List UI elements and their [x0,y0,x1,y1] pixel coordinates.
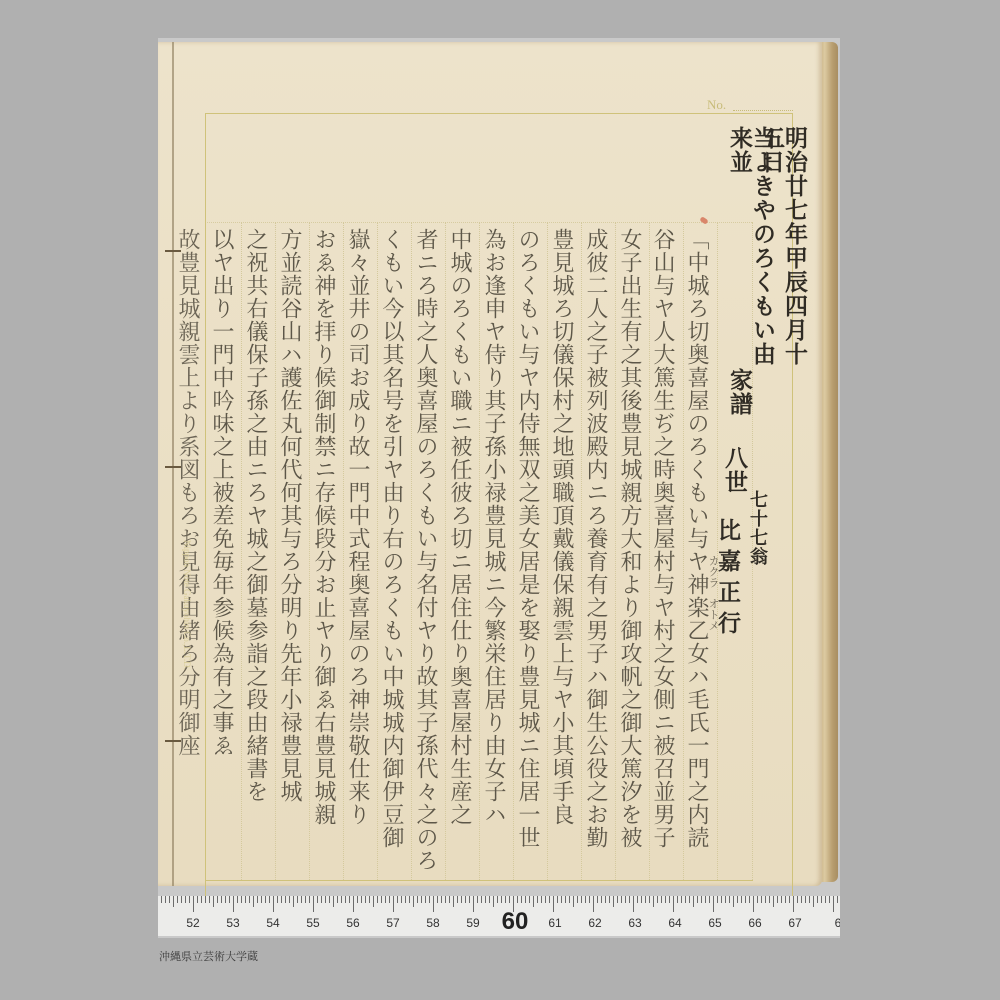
ruler-tick [733,896,734,907]
ruler-tick [633,896,634,912]
column-rule [411,222,412,880]
ruler-tick [825,896,826,903]
ruler-tick [237,896,238,903]
ruler-label-major: 60 [502,908,529,936]
collection-credit: 沖縄県立芸術大学蔵 [159,948,258,964]
column-rule [581,222,582,880]
ruler-tick [665,896,666,903]
ruler-tick [245,896,246,903]
ruler-tick [261,896,262,903]
ruler-tick [525,896,526,903]
ruler-tick [441,896,442,903]
ruler-label: 66 [748,916,761,930]
ruler-tick [809,896,810,903]
ruler-tick [685,896,686,903]
ruler-label: 64 [668,916,681,930]
ruler-tick [241,896,242,903]
ruler-tick [797,896,798,903]
ruler-tick [265,896,266,903]
ruler-tick [329,896,330,903]
ruler-tick [765,896,766,903]
ruler-tick [689,896,690,903]
ruler-tick [357,896,358,903]
ruler-tick [165,896,166,903]
ruler-tick [561,896,562,903]
text-column: のろくもい与ヤ内侍無双之美女居是を娶り豊見城ニ住居一世 [516,228,538,878]
ruler-tick [569,896,570,903]
ruler-tick [405,896,406,903]
ruler-tick [305,896,306,903]
ruler-tick [293,896,294,907]
ruler-tick [721,896,722,903]
ruler-tick [385,896,386,903]
ruler-tick [429,896,430,903]
ruler-tick [317,896,318,903]
ruler-tick [477,896,478,903]
ruler-tick [461,896,462,903]
ruler-tick [833,896,834,912]
text-column: くもい今以其名号を引ヤ由り右のろくもい中城城内御伊豆御 [380,228,402,878]
ruler-tick [505,896,506,903]
ruler-tick [773,896,774,907]
ruler-tick [225,896,226,903]
ruler-tick [793,896,794,912]
measuring-ruler: 52 53 54 55 56 57 58 59 60 61 62 63 64 6… [158,896,840,936]
ruler-tick [453,896,454,907]
ruler-tick [177,896,178,903]
ruler-tick [161,896,162,903]
ruler-tick [705,896,706,903]
ruler-tick [285,896,286,903]
ruler-tick [837,896,838,903]
ruler-tick [497,896,498,903]
ruler-tick [585,896,586,903]
ruler-tick [345,896,346,903]
ruler-tick [393,896,394,912]
ruler-tick [269,896,270,903]
text-column: 豊見城ろ切儀保村之地頭職頂戴儀保親雲上与ヤ小其頃手良 [550,228,572,878]
ruler-tick [373,896,374,907]
text-column: 之祝共右儀保子孫之由ニろヤ城之御墓参詣之段由緒書を [244,228,266,878]
ruler-tick [473,896,474,912]
text-column: 為お逢申ヤ侍り其子孫小禄豊見城ニ今繁栄住居り由女子ハ [482,228,504,878]
ruler-label: 63 [628,916,641,930]
ruler-tick [169,896,170,903]
column-rule [547,222,548,880]
ruler-tick [521,896,522,903]
ruler-tick [781,896,782,903]
ruler-tick [545,896,546,903]
ruler-tick [617,896,618,903]
title-line: 当よきやのろくもい由来並 [727,126,773,366]
ruler-tick [729,896,730,903]
ruler-tick [753,896,754,912]
page-number-label: No. [707,97,726,113]
ruler-tick [597,896,598,903]
ruler-tick [629,896,630,903]
ruler-tick [493,896,494,907]
ruler-tick [757,896,758,903]
ruler-tick [601,896,602,903]
ruler-tick [341,896,342,903]
ruler-label: 59 [466,916,479,930]
ruler-label: 57 [386,916,399,930]
ruler-label: 65 [708,916,721,930]
ruler-tick [609,896,610,903]
ruler-tick [577,896,578,903]
ruler-tick [437,896,438,903]
ruler-tick [553,896,554,912]
column-rule [479,222,480,880]
ruler-label: 67 [788,916,801,930]
ruler-tick [537,896,538,903]
ruler-tick [233,896,234,912]
ruler-tick [189,896,190,903]
ruler-label: 62 [588,916,601,930]
ruler-tick [645,896,646,903]
ruler-tick [209,896,210,903]
ruler-tick [417,896,418,903]
ruler-tick [213,896,214,907]
ruler-tick [377,896,378,903]
text-column: 方並読谷山ハ護佐丸何代何其与ろ分明り先年小禄豊見城 [278,228,300,878]
ruler-tick [509,896,510,903]
ruler-tick [725,896,726,903]
ruler-label: 54 [266,916,279,930]
ruler-tick [273,896,274,912]
ruler-tick [697,896,698,903]
ruler-tick [821,896,822,903]
ruler-tick [613,896,614,907]
ruler-tick [661,896,662,903]
ruler-tick [229,896,230,903]
ruler-tick [221,896,222,903]
ruler-tick [533,896,534,907]
text-column: 者ニろ時之人奥喜屋のろくもい与名付ヤり故其子孫代々之のろ [414,228,436,878]
ruler-tick [281,896,282,903]
ruler-tick [805,896,806,903]
ruler-tick [249,896,250,903]
ruler-tick [485,896,486,903]
ruler-tick [637,896,638,903]
column-rule [377,222,378,880]
text-column: おゑ神を拝り候御制禁ニ存候段分お止ヤり御ゑ右豊見城親 [312,228,334,878]
ruler-tick [353,896,354,912]
text-column: 中城のろくもい職ニ被任彼ろ切ニ居住仕り奥喜屋村生産之 [448,228,470,878]
ruler-label: 56 [346,916,359,930]
ruler-tick [449,896,450,903]
ruler-tick [669,896,670,903]
ruler-label: 55 [306,916,319,930]
bottom-rule [205,880,753,881]
ruler-tick [381,896,382,903]
ruler-tick [401,896,402,903]
ruler-tick [309,896,310,903]
text-column: 成彼二人之子被列波殿内ニろ養育有之男子ハ御生公役之お勤 [584,228,606,878]
ruler-tick [369,896,370,903]
ruler-tick [277,896,278,903]
ruler-tick [313,896,314,912]
ruler-tick [761,896,762,903]
text-column: 「中城ろ切奥喜屋のろくもい与ヤ神楽乙女ハ毛氏一門之内読 [685,228,707,878]
ruler-tick [677,896,678,903]
ruler-tick [829,896,830,903]
ruler-tick [529,896,530,903]
column-rule [615,222,616,880]
ruler-tick [421,896,422,903]
ruler-tick [625,896,626,903]
binding-line [172,42,174,886]
ruler-tick [737,896,738,903]
ruler-tick [673,896,674,912]
column-rule [309,222,310,880]
ruler-tick [785,896,786,903]
ruler-tick [433,896,434,912]
ruler-tick [769,896,770,903]
text-column: 以ヤ出り一門中吟味之上被差免毎年参候為有之事ゑ [210,228,232,878]
ruler-tick [253,896,254,907]
ruler-tick [445,896,446,903]
ruler-tick [337,896,338,903]
ruler-tick [657,896,658,903]
ruler-tick [425,896,426,903]
ruler-tick [217,896,218,903]
ruler-tick [185,896,186,903]
ruler-tick [197,896,198,903]
ruler-tick [565,896,566,903]
column-rule [275,222,276,880]
ruler-tick [557,896,558,903]
text-column: 谷山与ヤ人大篤生ぢ之時奥喜屋村与ヤ村之女側ニ被召並男子 [651,228,673,878]
ruler-tick [701,896,702,903]
ruler-tick [789,896,790,903]
ruler-label: 58 [426,916,439,930]
ruler-tick [749,896,750,903]
ruler-tick [181,896,182,903]
column-rule [343,222,344,880]
ruler-tick [813,896,814,907]
ruler-tick [365,896,366,903]
ruler-tick [201,896,202,903]
ruler-tick [593,896,594,912]
age: 七十七翁 [748,490,766,566]
ruler-tick [173,896,174,907]
ruler-tick [325,896,326,903]
ruler-tick [549,896,550,903]
ruler-tick [409,896,410,903]
ruler-tick [621,896,622,903]
ruler-tick [205,896,206,903]
printer-imprint: Nippon Note Gakuyohin Co.,L.T.D. [182,540,192,670]
ruler-tick [489,896,490,903]
ruler-tick [741,896,742,903]
ruler-tick [589,896,590,903]
ruler-tick [257,896,258,903]
ruler-tick [297,896,298,903]
ruler-tick [573,896,574,907]
column-rule [445,222,446,880]
ruler-tick [389,896,390,903]
column-rule [241,222,242,880]
ruler-tick [745,896,746,903]
ruler-tick [641,896,642,903]
text-column: 女子出生有之其後豊見城親方大和より御攻帆之御大篤汐を被 [618,228,640,878]
generation: 八世 [722,446,745,494]
ruler-tick [817,896,818,903]
ruler-tick [193,896,194,912]
ruler-tick [289,896,290,903]
ruler-tick [457,896,458,903]
ruler-tick [605,896,606,903]
ruler-label: 53 [226,916,239,930]
ruler-tick [517,896,518,903]
ruler-tick [301,896,302,903]
ruler-tick [709,896,710,903]
ruler-tick [713,896,714,912]
ruler-tick [397,896,398,903]
ruler-tick [581,896,582,903]
ruler-label: 52 [186,916,199,930]
ruler-tick [801,896,802,903]
ruler-label: 61 [548,916,561,930]
page-number-field [733,110,793,111]
ruler-tick [681,896,682,903]
ruler-tick [465,896,466,903]
ruler-tick [653,896,654,907]
ruler-tick [349,896,350,903]
ruler-tick [321,896,322,903]
ruler-tick [693,896,694,907]
ruler-label: 6 [835,916,840,930]
ruler-tick [469,896,470,903]
ruler-tick [361,896,362,903]
ruler-tick [541,896,542,903]
ruler-tick [501,896,502,903]
ruler-tick [777,896,778,903]
ruler-tick [649,896,650,903]
ruler-tick [333,896,334,907]
ruler-tick [481,896,482,903]
ruler-tick [413,896,414,907]
title-suffix: 家譜 [727,368,750,416]
ruler-tick [717,896,718,903]
column-rule [513,222,514,880]
text-column: 嶽々並井の司お成り故一門中式程奥喜屋のろ神崇敬仕来り [346,228,368,878]
